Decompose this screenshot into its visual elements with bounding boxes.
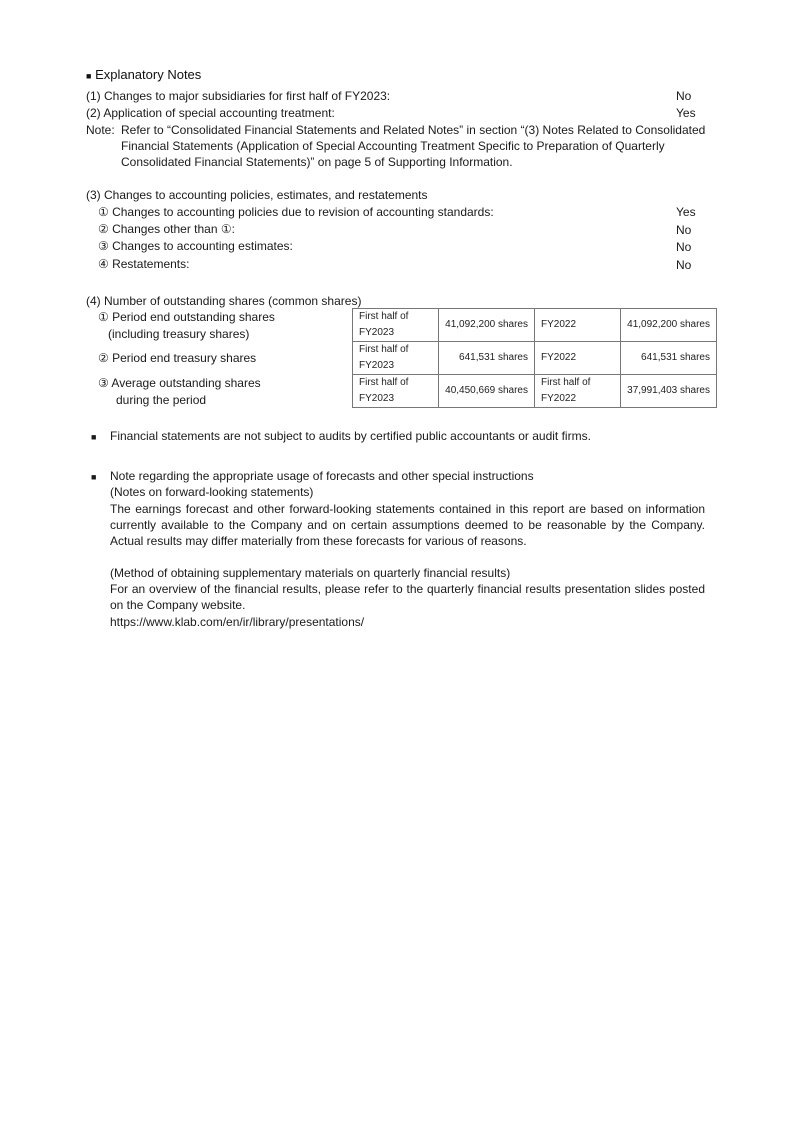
shares-value-cell: 641,531 shares [621, 342, 717, 375]
section3-title: (3) Changes to accounting policies, esti… [86, 187, 428, 203]
square-bullet-icon: ■ [91, 429, 96, 445]
period-cell: First half of FY2023 [353, 375, 439, 408]
table-row: First half of FY2023 641,531 shares FY20… [353, 342, 717, 375]
policy-row-label: ② Changes other than ①: [98, 221, 235, 237]
shares-table: First half of FY2023 41,092,200 shares F… [352, 308, 717, 408]
period-cell: First half of FY2023 [353, 309, 439, 342]
shares-value-cell: 41,092,200 shares [621, 309, 717, 342]
section4-title: (4) Number of outstanding shares (common… [86, 293, 361, 309]
shares-row-label: ① Period end outstanding shares [98, 309, 275, 325]
policy-row-label: ① Changes to accounting policies due to … [98, 204, 494, 220]
forecast-note-subtitle: (Notes on forward-looking statements) [110, 484, 313, 500]
item-label-special-accounting: (2) Application of special accounting tr… [86, 105, 335, 121]
shares-row-label: ② Period end treasury shares [98, 350, 256, 366]
square-bullet-icon: ■ [86, 71, 91, 81]
heading-title: Explanatory Notes [95, 67, 201, 82]
period-cell: First half of FY2023 [353, 342, 439, 375]
supplementary-paragraph: For an overview of the financial results… [110, 581, 705, 613]
policy-row-value: No [676, 222, 691, 238]
shares-value-cell: 37,991,403 shares [621, 375, 717, 408]
section-heading: ■ Explanatory Notes [86, 67, 201, 84]
policy-row-value: Yes [676, 204, 696, 220]
policy-row-label: ④ Restatements: [98, 256, 189, 272]
forecast-note-title: Note regarding the appropriate usage of … [110, 468, 534, 484]
presentations-link[interactable]: https://www.klab.com/en/ir/library/prese… [110, 614, 364, 630]
policy-row-value: No [676, 239, 691, 255]
period-cell: FY2022 [535, 309, 621, 342]
policy-row-value: No [676, 257, 691, 273]
item-value-special-accounting: Yes [676, 105, 696, 121]
policy-row-label: ③ Changes to accounting estimates: [98, 238, 293, 254]
shares-value-cell: 40,450,669 shares [439, 375, 535, 408]
shares-row-label: ③ Average outstanding shares [98, 375, 261, 391]
note-text: Refer to “Consolidated Financial Stateme… [121, 122, 721, 170]
period-cell: FY2022 [535, 342, 621, 375]
forecast-note-paragraph: The earnings forecast and other forward-… [110, 501, 705, 549]
shares-value-cell: 641,531 shares [439, 342, 535, 375]
shares-value-cell: 41,092,200 shares [439, 309, 535, 342]
square-bullet-icon: ■ [91, 469, 96, 485]
note-label: Note: [86, 122, 115, 138]
shares-row-sublabel: during the period [116, 392, 206, 408]
period-cell: First half of FY2022 [535, 375, 621, 408]
table-row: First half of FY2023 41,092,200 shares F… [353, 309, 717, 342]
table-row: First half of FY2023 40,450,669 shares F… [353, 375, 717, 408]
supplementary-subtitle: (Method of obtaining supplementary mater… [110, 565, 510, 581]
item-label-subsidiaries: (1) Changes to major subsidiaries for fi… [86, 88, 390, 104]
audit-note-text: Financial statements are not subject to … [110, 428, 591, 444]
shares-row-sublabel: (including treasury shares) [108, 326, 249, 342]
item-value-subsidiaries: No [676, 88, 691, 104]
